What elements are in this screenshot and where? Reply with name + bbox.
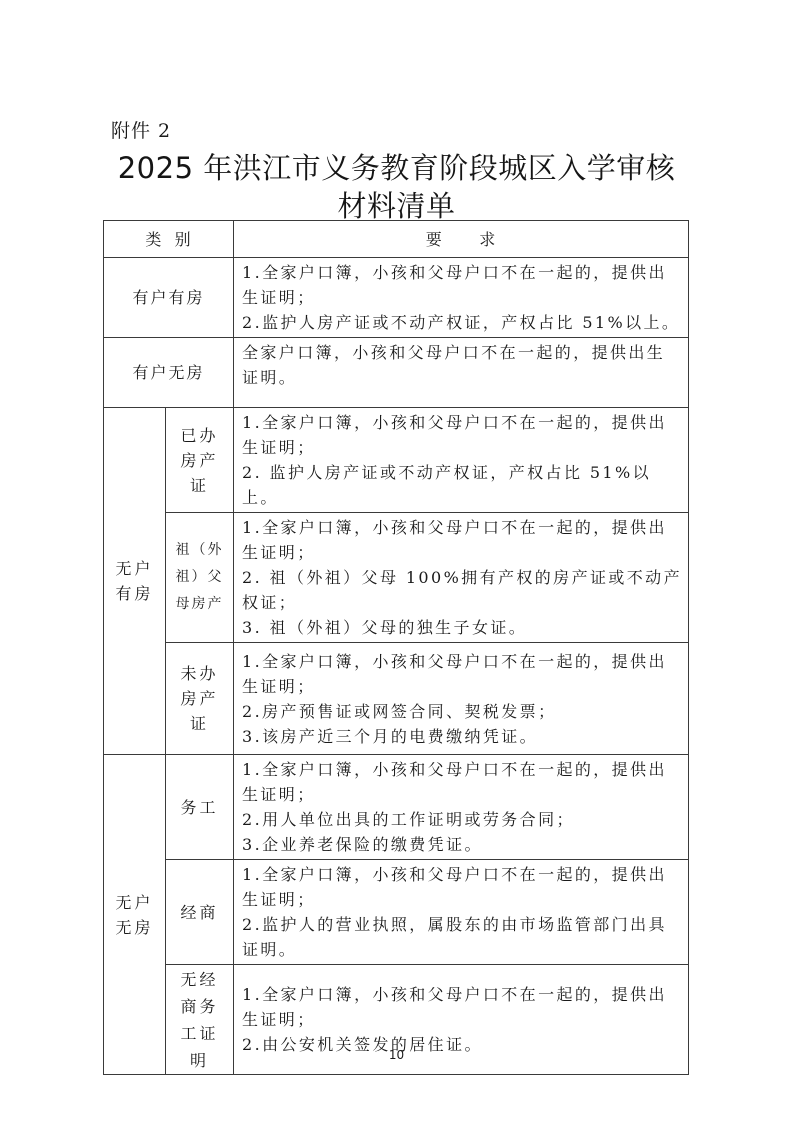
group-category-cell: 无户有房 [104, 408, 166, 755]
page-number: 10 [0, 1048, 793, 1062]
group-category-label: 无户有房 [115, 559, 153, 603]
requirement-item: 1.全家户口簿，小孩和父母户口不在一起的，提供出生证明； [242, 982, 682, 1032]
requirement-item: 3.企业养老保险的缴费凭证。 [242, 832, 682, 857]
materials-table: 类 别 要 求 有户有房 1.全家户口簿，小孩和父母户口不在一起的，提供出生证明… [103, 220, 689, 1075]
header-category: 类 别 [104, 221, 234, 258]
table-row: 无户有房 已办房产证 1.全家户口簿，小孩和父母户口不在一起的，提供出生证明； … [104, 408, 689, 513]
table-row: 未办房产证 1.全家户口簿，小孩和父母户口不在一起的，提供出生证明； 2.房产预… [104, 643, 689, 755]
requirement-cell: 1.全家户口簿，小孩和父母户口不在一起的，提供出生证明； 2. 监护人房产证或不… [234, 408, 689, 513]
requirement-item: 1.全家户口簿，小孩和父母户口不在一起的，提供出生证明； [242, 757, 682, 807]
requirement-cell: 1.全家户口簿，小孩和父母户口不在一起的，提供出生证明； 2.监护人房产证或不动… [234, 258, 689, 338]
table-row: 祖（外祖）父母房产 1.全家户口簿，小孩和父母户口不在一起的，提供出生证明； 2… [104, 513, 689, 643]
subcategory-cell: 经商 [166, 860, 234, 965]
requirement-cell: 1.全家户口簿，小孩和父母户口不在一起的，提供出生证明； 2.监护人的营业执照，… [234, 860, 689, 965]
attachment-label: 附件 2 [111, 116, 171, 143]
requirement-item: 1.全家户口簿，小孩和父母户口不在一起的，提供出生证明； [242, 862, 682, 912]
requirement-cell: 全家户口簿，小孩和父母户口不在一起的，提供出生证明。 [234, 338, 689, 408]
requirement-cell: 1.全家户口簿，小孩和父母户口不在一起的，提供出生证明； 2. 祖（外祖）父母 … [234, 513, 689, 643]
requirement-item: 2.监护人的营业执照，属股东的由市场监管部门出具证明。 [242, 912, 682, 962]
requirement-item: 2.监护人房产证或不动产权证，产权占比 51%以上。 [242, 310, 682, 335]
table-row: 有户无房 全家户口簿，小孩和父母户口不在一起的，提供出生证明。 [104, 338, 689, 408]
category-cell: 有户无房 [104, 338, 234, 408]
requirement-item: 1.全家户口簿，小孩和父母户口不在一起的，提供出生证明； [242, 410, 682, 460]
subcategory-cell: 祖（外祖）父母房产 [166, 513, 234, 643]
group-category-label: 无户无房 [115, 893, 153, 937]
subcategory-cell: 已办房产证 [166, 408, 234, 513]
table-row: 有户有房 1.全家户口簿，小孩和父母户口不在一起的，提供出生证明； 2.监护人房… [104, 258, 689, 338]
table-row: 无户无房 务工 1.全家户口簿，小孩和父母户口不在一起的，提供出生证明； 2.用… [104, 755, 689, 860]
table-header-row: 类 别 要 求 [104, 221, 689, 258]
requirement-item: 1.全家户口簿，小孩和父母户口不在一起的，提供出生证明； [242, 515, 682, 565]
document-title-line2: 材料清单 [0, 184, 793, 225]
group-category-cell: 无户无房 [104, 755, 166, 1075]
requirement-item: 2.房产预售证或网签合同、契税发票； [242, 699, 682, 724]
table-row: 经商 1.全家户口簿，小孩和父母户口不在一起的，提供出生证明； 2.监护人的营业… [104, 860, 689, 965]
requirement-item: 全家户口簿，小孩和父母户口不在一起的，提供出生证明。 [242, 340, 682, 390]
requirement-cell: 1.全家户口簿，小孩和父母户口不在一起的，提供出生证明； 2.房产预售证或网签合… [234, 643, 689, 755]
requirement-item: 2. 监护人房产证或不动产权证，产权占比 51%以上。 [242, 460, 682, 510]
requirement-item: 3. 祖（外祖）父母的独生子女证。 [242, 615, 682, 640]
requirement-item: 2. 祖（外祖）父母 100%拥有产权的房产证或不动产权证； [242, 565, 682, 615]
requirement-cell: 1.全家户口簿，小孩和父母户口不在一起的，提供出生证明； 2.用人单位出具的工作… [234, 755, 689, 860]
subcategory-cell: 务工 [166, 755, 234, 860]
requirement-item: 3.该房产近三个月的电费缴纳凭证。 [242, 724, 682, 749]
requirement-item: 1.全家户口簿，小孩和父母户口不在一起的，提供出生证明； [242, 260, 682, 310]
category-cell: 有户有房 [104, 258, 234, 338]
requirement-item: 1.全家户口簿，小孩和父母户口不在一起的，提供出生证明； [242, 649, 682, 699]
subcategory-cell: 未办房产证 [166, 643, 234, 755]
document-title-line1: 2025 年洪江市义务教育阶段城区入学审核 [0, 146, 793, 187]
requirement-item: 2.用人单位出具的工作证明或劳务合同； [242, 807, 682, 832]
header-requirement: 要 求 [234, 221, 689, 258]
